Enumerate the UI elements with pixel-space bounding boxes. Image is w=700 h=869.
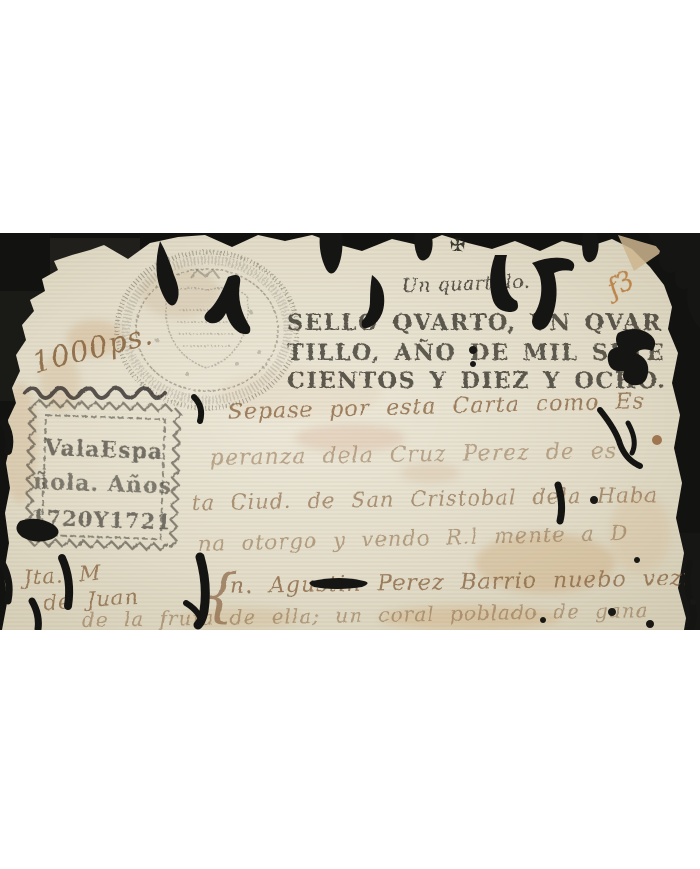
- printed-cross: ✠: [450, 235, 465, 256]
- document-photo: ✠ Un quartillo. SELLO QVARTO, VN QVAR TI…: [0, 233, 700, 630]
- scan-page: ✠ Un quartillo. SELLO QVARTO, VN QVAR TI…: [0, 0, 700, 869]
- stamp-line-2: ñola. Años: [33, 469, 173, 500]
- tax-rate-note: Un quartillo.: [401, 271, 530, 297]
- brown-spot: [652, 435, 662, 445]
- sello-title-line-1: SELLO QVARTO, VN QVAR: [287, 310, 662, 336]
- stamp-line-1: ValaEspa: [43, 435, 164, 465]
- document-canvas: ✠ Un quartillo. SELLO QVARTO, VN QVAR TI…: [0, 233, 700, 630]
